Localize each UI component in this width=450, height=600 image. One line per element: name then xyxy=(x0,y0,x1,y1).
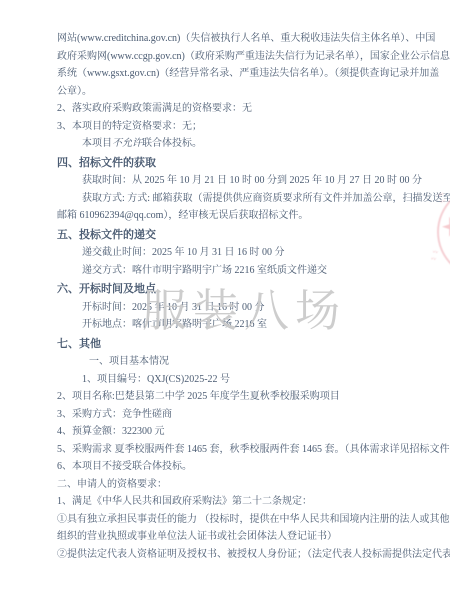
doc-line-websites-3: 系统（www.gsxt.gov.cn)（经营异常名录、严重违法失信名单）。（须提… xyxy=(57,65,402,83)
doc-line-submission-method: 递交方式：喀什市明宇路明宇广场 2216 室纸质文件递交 xyxy=(57,262,402,280)
doc-line-procurement-method: 3、采购方式：竞争性磋商 xyxy=(57,406,402,424)
doc-line-no-consortium-2: 6、本项目不接受联合体投标。 xyxy=(57,458,402,476)
doc-line-submission-deadline: 递交截止时间：2025 年 10 月 31 日 16 时 00 分 xyxy=(57,244,402,262)
document-body: 网站(www.creditchina.gov.cn)（失信被执行人名单、重大税收… xyxy=(57,30,402,563)
doc-line-no-consortium: 本项目不允许联合体投标。 xyxy=(57,135,402,153)
no-consortium-post: 联合体投标。 xyxy=(142,138,202,149)
doc-line-qualification-2: ②提供法定代表人资格证明及授权书、被授权人身份证；（法定代表人投标需提供法定代表 xyxy=(57,546,402,564)
doc-line-qualification-1b: 组织的营业执照或事业单位法人证书或社会团体法人登记证书） xyxy=(57,528,402,546)
doc-line-obtain-method: 获取方式: 方式: 邮箱获取（需提供供应商资质要求所有文件并加盖公章，扫描发送至 xyxy=(57,190,402,208)
doc-line-applicant-requirements: 二、申请人的资格要求： xyxy=(57,476,402,494)
doc-line-project-number: 1、项目编号：QXJ(CS)2025-22 号 xyxy=(57,371,402,389)
doc-line-opening-time: 开标时间：2025 年 10 月 31 日 16 时 00 分 xyxy=(57,299,402,317)
section-heading-other: 七、其他 xyxy=(57,336,402,354)
doc-line-websites-2: 政府采购网(www.ccgp.gov.cn)（政府采购严重违法失信行为记录名单）… xyxy=(57,48,402,66)
doc-line-procurement-demand: 5、采购需求 夏季校服两件套 1465 套，秋季校服两件套 1465 套。（具体… xyxy=(57,441,402,459)
section-heading-bid-opening: 六、开标时间及地点 xyxy=(57,281,402,299)
document-page: 网站(www.creditchina.gov.cn)（失信被执行人名单、重大税收… xyxy=(0,0,450,600)
doc-line-websites-1: 网站(www.creditchina.gov.cn)（失信被执行人名单、重大税收… xyxy=(57,30,402,48)
seal-star-icon: ★ xyxy=(437,209,450,245)
doc-line-project-overview: 一、项目基本情况 xyxy=(57,353,402,371)
seal-text-marks-bottom: 〻〻 xyxy=(429,248,441,264)
section-heading-bid-submission: 五、投标文件的递交 xyxy=(57,227,402,245)
doc-line-opening-location: 开标地点：喀什市明宇路明宇广场 2216 室 xyxy=(57,316,402,334)
no-consortium-pre: 本项目 xyxy=(82,138,112,149)
doc-line-specific-requirement: 3、本项目的特定资格要求：无； xyxy=(57,118,402,136)
doc-line-policy-requirement: 2、落实政府采购政策需满足的资格要求：无 xyxy=(57,100,402,118)
doc-line-obtain-email: 邮箱 610962394@qq.com），经审核无误后获取招标文件。 xyxy=(57,207,402,225)
section-heading-obtain-documents: 四、招标文件的获取 xyxy=(57,155,402,173)
doc-line-project-name: 2、项目名称:巴楚县第二中学 2025 年度学生夏秋季校服采购项目 xyxy=(57,388,402,406)
doc-line-obtain-time: 获取时间：从 2025 年 10 月 21 日 10 时 00 分到 2025 … xyxy=(57,172,402,190)
no-consortium-italic: 不允许 xyxy=(112,138,142,149)
doc-line-qualification-1a: ①具有独立承担民事责任的能力 （投标时，提供在中华人民共和国境内注册的法人或其他 xyxy=(57,511,402,529)
doc-line-law-article: 1、满足《中华人民共和国政府采购法》第二十二条规定： xyxy=(57,493,402,511)
doc-line-seal-note: 公章）。 xyxy=(57,83,402,101)
doc-line-budget: 4、预算金额：322300 元 xyxy=(57,423,402,441)
